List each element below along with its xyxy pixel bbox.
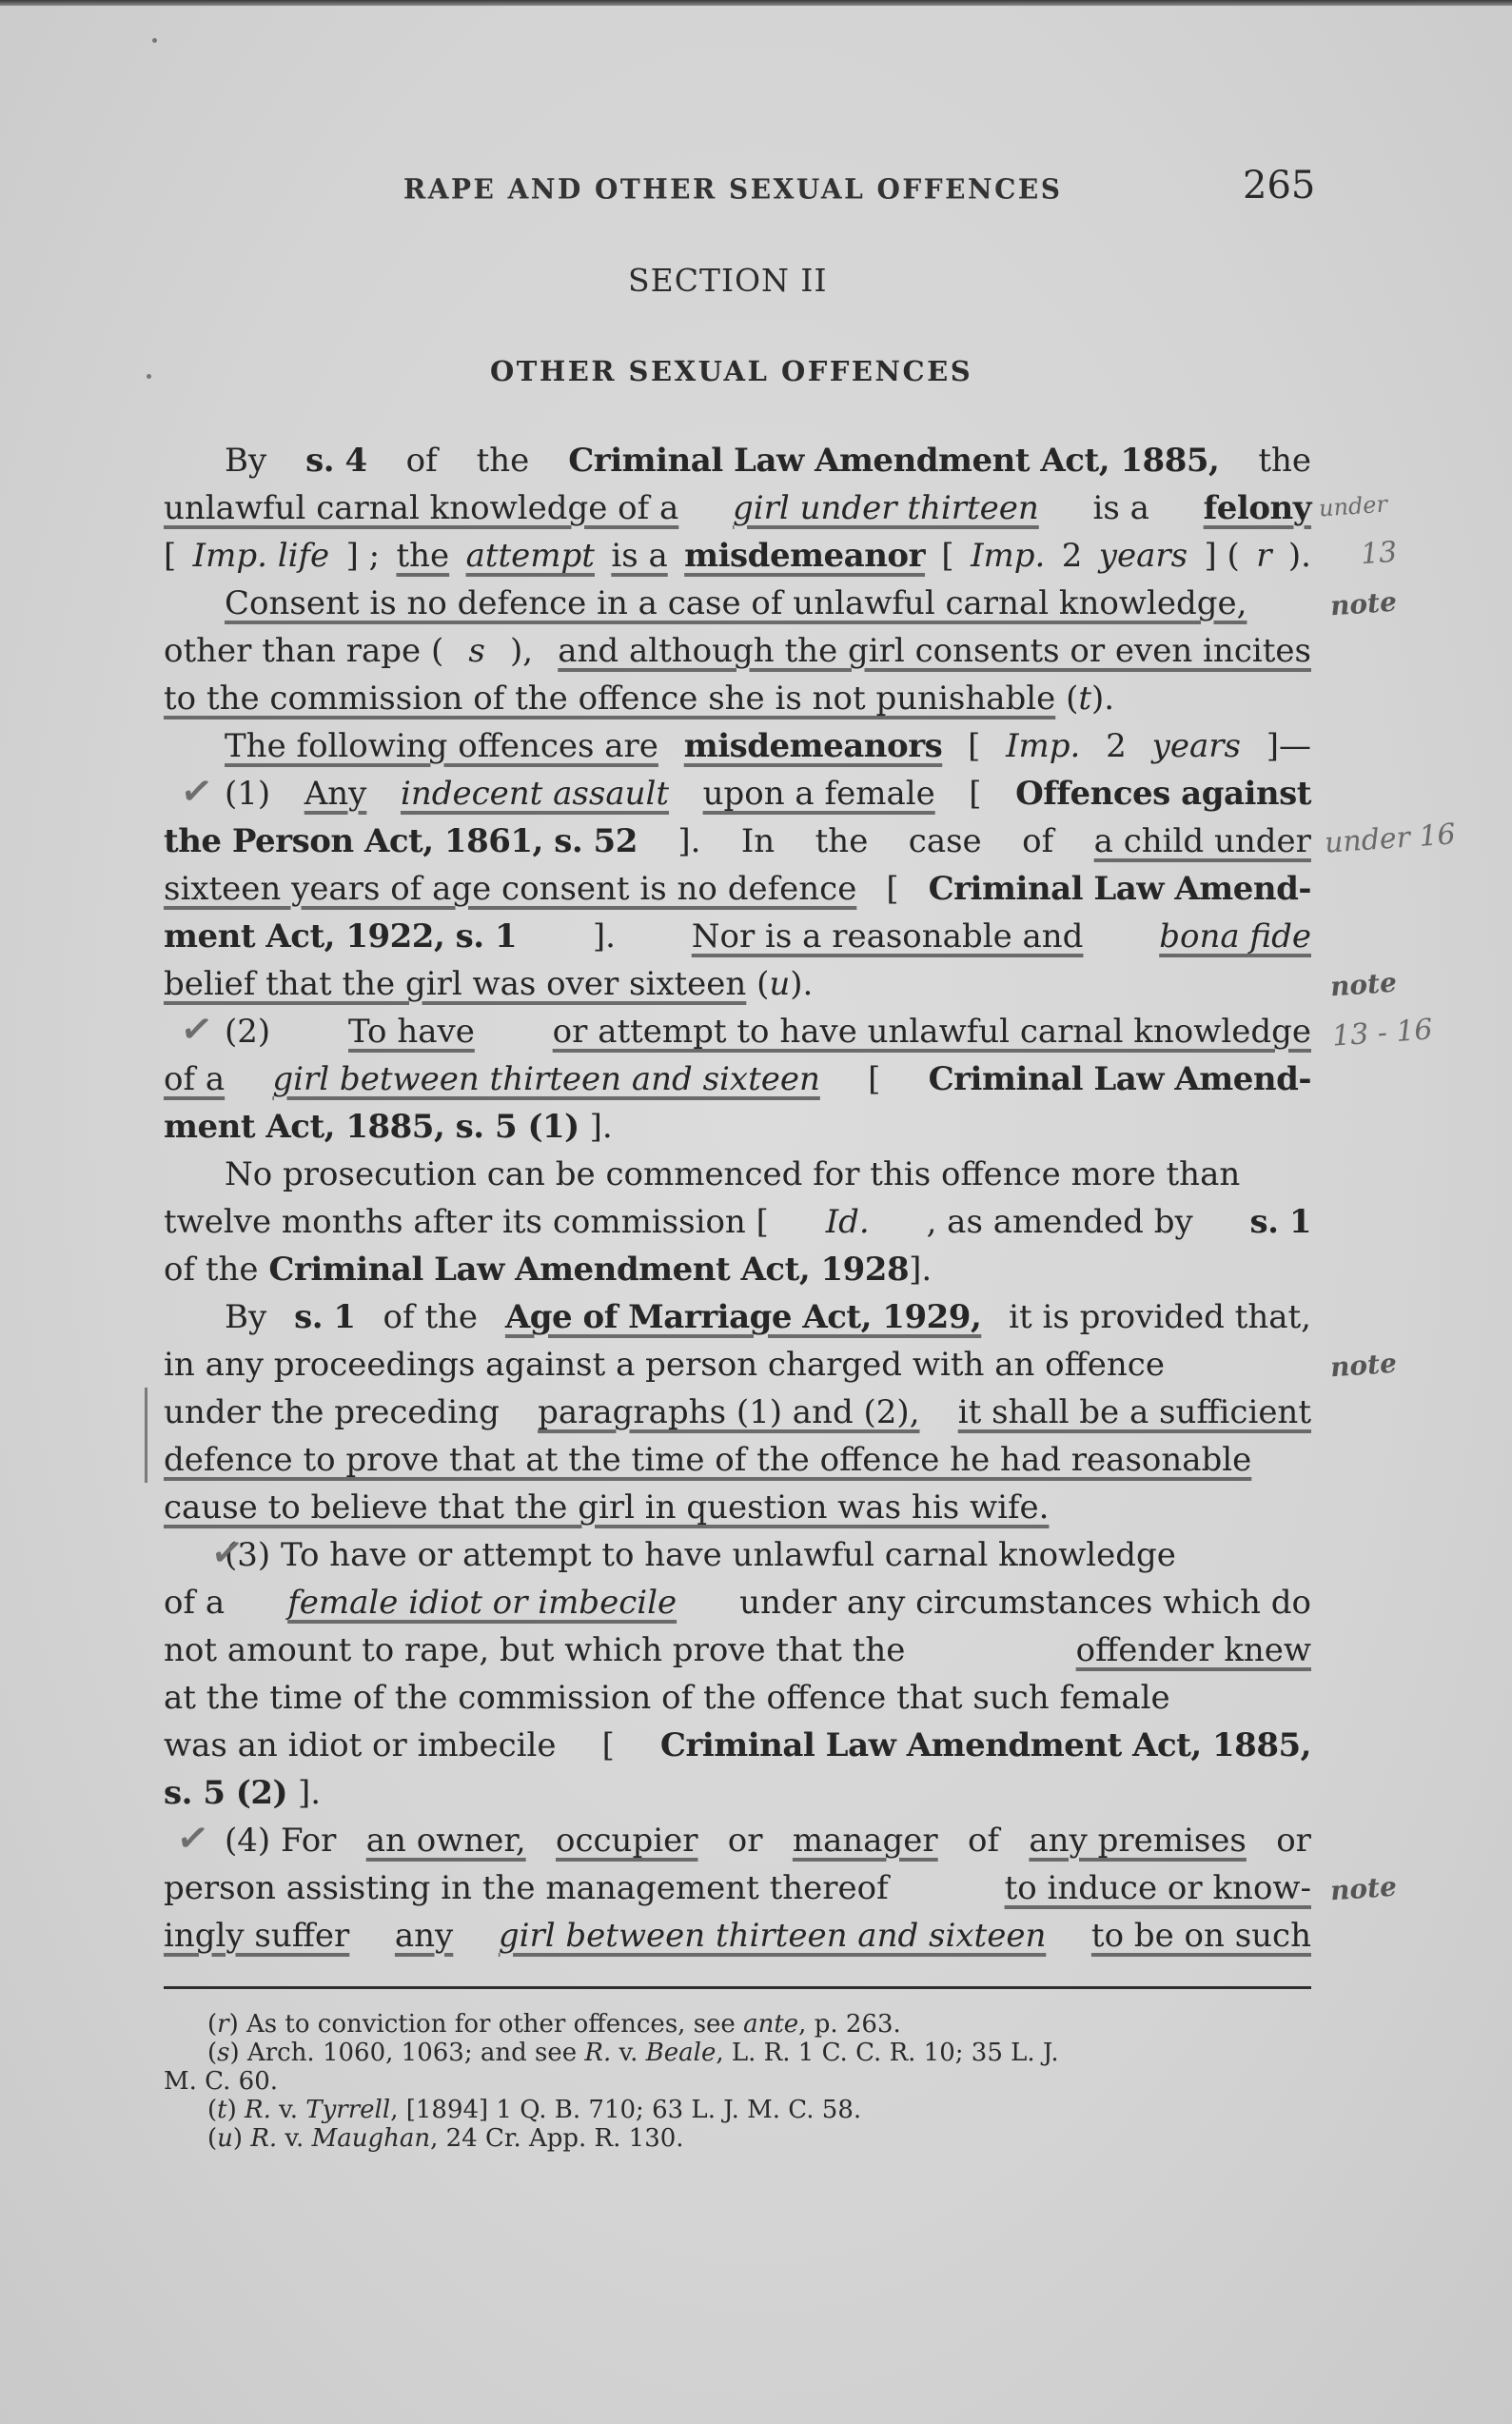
text-segment: By: [225, 1298, 266, 1336]
pencil-margin-bar: [145, 1388, 147, 1483]
footnote-text: Maughan: [312, 2124, 431, 2153]
body-line: s. 5 (2) ].: [164, 1774, 1311, 1814]
text-segment: In: [741, 822, 775, 860]
footnote: (u) R. v. Maughan, 24 Cr. App. R. 130.: [207, 2124, 684, 2153]
text-segment: Nor is a reasonable and: [692, 917, 1084, 956]
text-segment: paragraphs (1) and (2),: [538, 1393, 919, 1431]
text-segment: to the commission of the offence she is …: [164, 680, 1055, 718]
text-segment: The following offences are: [225, 727, 658, 765]
text-segment: misdemeanors: [684, 727, 943, 765]
footnote-text: v.: [611, 2039, 645, 2067]
text-segment: ] (: [1204, 537, 1239, 575]
body-line: (2)To haveor attempt to have unlawful ca…: [225, 1013, 1311, 1053]
footnote-text: v.: [271, 2096, 305, 2124]
ink-speck: [152, 38, 157, 43]
text-segment: misdemeanor: [684, 537, 925, 575]
section-title: SECTION II: [628, 262, 827, 299]
text-segment: ].: [593, 917, 616, 956]
text-segment: or: [728, 1822, 763, 1860]
text-segment: or: [1276, 1822, 1311, 1860]
running-title: RAPE AND OTHER SEXUAL OFFENCES: [403, 172, 1062, 206]
text-segment: it shall be a sufficient: [958, 1393, 1311, 1431]
text-segment: and although the girl consents or even i…: [558, 632, 1311, 670]
text-segment: (: [1055, 680, 1078, 718]
footnote-text: v.: [277, 2124, 311, 2153]
text-segment: s. 1: [294, 1298, 355, 1336]
text-segment: manager: [793, 1822, 938, 1860]
text-segment: Id.: [826, 1203, 870, 1241]
pencil-note-icon: note: [1329, 1348, 1398, 1384]
footnote: (t) R. v. Tyrrell, [1894] 1 Q. B. 710; 6…: [207, 2096, 861, 2124]
text-segment: was an idiot or imbecile: [164, 1726, 557, 1764]
text-segment: other than rape (: [164, 632, 443, 670]
page-number: 265: [1243, 164, 1315, 207]
text-segment: s. 5 (2): [164, 1774, 287, 1812]
text-segment: cause to believe that the girl in questi…: [164, 1488, 1049, 1527]
text-segment: ).: [1288, 537, 1311, 575]
text-segment: of a: [164, 1584, 225, 1622]
text-segment: ingly suffer: [164, 1917, 349, 1955]
footnote-text: , [1894] 1 Q. B. 710; 63 L. J. M. C. 58.: [390, 2096, 861, 2124]
text-segment: Criminal Law Amendment Act, 1928: [268, 1251, 909, 1289]
footnote-text: , L. R. 1 C. C. R. 10; 35 L. J.: [716, 2039, 1058, 2067]
body-line: The following offences aremisdemeanors[I…: [225, 727, 1311, 767]
text-segment: Offences against: [1015, 775, 1311, 813]
text-segment: indecent assault: [401, 775, 669, 813]
pencil-check-mark-icon: ✓: [178, 1005, 216, 1054]
text-segment: 2: [1106, 727, 1127, 765]
text-segment: the: [1258, 442, 1311, 480]
text-segment: u: [769, 965, 790, 1003]
text-segment: unlawful carnal knowledge of a: [164, 489, 678, 527]
text-segment: Age of Marriage Act, 1929,: [505, 1298, 981, 1336]
text-segment: [: [969, 775, 981, 813]
scanned-book-page: RAPE AND OTHER SEXUAL OFFENCES 265 SECTI…: [0, 0, 1512, 2424]
text-segment: Imp.: [971, 537, 1045, 575]
text-segment: an owner,: [366, 1822, 526, 1860]
text-segment: girl between thirteen and sixteen: [499, 1917, 1047, 1955]
text-segment: to induce or know-: [1005, 1869, 1311, 1907]
text-segment: (2): [225, 1013, 270, 1051]
footnote-text: , p. 263.: [798, 2010, 901, 2039]
text-segment: under the preceding: [164, 1393, 500, 1431]
body-line: (3) To have or attempt to have unlawful …: [225, 1536, 1311, 1576]
text-segment: offender knew: [1076, 1631, 1311, 1669]
section-subtitle: OTHER SEXUAL OFFENCES: [490, 355, 972, 387]
footnote: (s) Arch. 1060, 1063; and see R. v. Beal…: [207, 2039, 1059, 2067]
text-segment: Criminal Law Amend-: [929, 870, 1311, 908]
body-line: belief that the girl was over sixteen (u…: [164, 965, 1311, 1005]
footnote-rule: [164, 1986, 1311, 1989]
body-line: Bys. 1of theAge of Marriage Act, 1929,it…: [225, 1298, 1311, 1338]
text-segment: under any circumstances which do: [739, 1584, 1311, 1622]
text-segment: the: [396, 537, 449, 575]
body-line: sixteen years of age consent is no defen…: [164, 870, 1311, 910]
text-segment: sixteen years of age consent is no defen…: [164, 870, 856, 908]
text-segment: not amount to rape, but which prove that…: [164, 1631, 905, 1669]
text-segment: case: [909, 822, 982, 860]
footnote: (r) As to conviction for other offences,…: [207, 2010, 901, 2039]
text-segment: of a: [164, 1060, 225, 1098]
body-line: ment Act, 1885, s. 5 (1) ].: [164, 1108, 1311, 1148]
text-segment: To have: [348, 1013, 475, 1051]
body-line: at the time of the commission of the off…: [164, 1679, 1311, 1719]
text-segment: Imp. life: [193, 537, 330, 575]
body-line: other than rape (s),and although the gir…: [164, 632, 1311, 672]
body-line: the Person Act, 1861, s. 52].Inthecaseof…: [164, 822, 1311, 862]
text-segment: [: [886, 870, 898, 908]
text-segment: Imp.: [1006, 727, 1080, 765]
text-segment: (1): [225, 775, 270, 813]
text-segment: [: [941, 537, 953, 575]
footnote: M. C. 60.: [164, 2067, 278, 2096]
text-segment: , as amended by: [927, 1203, 1193, 1241]
text-segment: is a: [611, 537, 667, 575]
text-segment: occupier: [556, 1822, 697, 1860]
text-segment: girl under thirteen: [733, 489, 1039, 527]
text-segment: it is provided that,: [1009, 1298, 1311, 1336]
text-segment: [: [968, 727, 980, 765]
body-line: Bys. 4oftheCriminal Law Amendment Act, 1…: [225, 442, 1311, 482]
text-segment: s. 1: [1250, 1203, 1311, 1241]
text-segment: (: [746, 965, 769, 1003]
text-segment: attempt: [466, 537, 595, 575]
text-segment: 2: [1062, 537, 1083, 575]
text-segment: ].: [677, 822, 700, 860]
body-line: twelve months after its commission [Id.,…: [164, 1203, 1311, 1243]
body-line: ment Act, 1922, s. 1].Nor is a reasonabl…: [164, 917, 1311, 957]
text-segment: in any proceedings against a person char…: [164, 1346, 1165, 1384]
text-segment: [: [868, 1060, 880, 1098]
body-line: of agirl between thirteen and sixteen[Cr…: [164, 1060, 1311, 1100]
text-segment: of the: [383, 1298, 478, 1336]
body-line: (4) Foran owner,occupierormanagerofany p…: [225, 1822, 1311, 1862]
pencil-note-number: 13: [1360, 536, 1399, 572]
page-top-edge: [0, 0, 1512, 6]
text-segment: female idiot or imbecile: [287, 1584, 677, 1622]
text-segment: defence to prove that at the time of the…: [164, 1441, 1251, 1479]
text-segment: ment Act, 1922, s. 1: [164, 917, 517, 956]
footnote-text: R.: [250, 2124, 277, 2153]
text-segment: r: [1256, 537, 1271, 575]
text-segment: years: [1152, 727, 1241, 765]
text-segment: Criminal Law Amendment Act, 1885,: [568, 442, 1219, 480]
text-segment: t: [1078, 680, 1091, 718]
pencil-note-icon: note: [1329, 1871, 1398, 1907]
text-segment: ).: [1091, 680, 1114, 718]
text-segment: the Person Act, 1861, s. 52: [164, 822, 638, 860]
body-line: defence to prove that at the time of the…: [164, 1441, 1311, 1481]
text-segment: of: [406, 442, 438, 480]
text-segment: of: [1022, 822, 1053, 860]
body-line: ingly sufferanygirl between thirteen and…: [164, 1917, 1311, 1957]
text-segment: any premises: [1029, 1822, 1246, 1860]
text-segment: Consent is no defence in a case of unlaw…: [225, 584, 1247, 622]
pencil-note: under 16: [1324, 818, 1457, 860]
text-segment: to be on such: [1091, 1917, 1311, 1955]
text-segment: of the: [164, 1251, 268, 1289]
footnote-text: ante: [743, 2010, 798, 2039]
footnote-text: M. C. 60.: [164, 2067, 278, 2096]
text-segment: (3) To have or attempt to have unlawful …: [225, 1536, 1176, 1574]
text-segment: ] ;: [346, 537, 381, 575]
footnote-text: , 24 Cr. App. R. 130.: [430, 2124, 683, 2153]
text-segment: twelve months after its commission [: [164, 1203, 769, 1241]
text-segment: Criminal Law Amendment Act, 1885,: [660, 1726, 1311, 1764]
text-segment: years: [1099, 537, 1188, 575]
footnote-text: R.: [584, 2039, 611, 2067]
pencil-note-icon: note: [1329, 967, 1398, 1003]
text-segment: at the time of the commission of the off…: [164, 1679, 1170, 1717]
text-segment: ).: [790, 965, 813, 1003]
footnote-marker: (u): [207, 2124, 250, 2153]
text-segment: [: [602, 1726, 615, 1764]
text-segment: s: [468, 632, 484, 670]
body-line: No prosecution can be commenced for this…: [225, 1155, 1311, 1195]
text-segment: ].: [579, 1108, 613, 1146]
text-segment: girl between thirteen and sixteen: [272, 1060, 820, 1098]
text-segment: the: [815, 822, 869, 860]
body-line: of afemale idiot or imbecileunder any ci…: [164, 1584, 1311, 1624]
text-segment: a child under: [1094, 822, 1311, 860]
text-segment: any: [395, 1917, 453, 1955]
body-line: to the commission of the offence she is …: [164, 680, 1311, 719]
footnote-text: Beale: [646, 2039, 717, 2067]
footnote-text: As to conviction for other offences, see: [246, 2010, 743, 2039]
text-segment: bona fide: [1159, 917, 1311, 956]
pencil-note-icon: note: [1329, 586, 1398, 622]
text-segment: ].: [287, 1774, 321, 1812]
body-line: [Imp. life] ;theattemptis amisdemeanor[I…: [164, 537, 1311, 577]
body-line: cause to believe that the girl in questi…: [164, 1488, 1311, 1528]
text-segment: is a: [1093, 489, 1149, 527]
body-line: not amount to rape, but which prove that…: [164, 1631, 1311, 1671]
pencil-check-mark-icon: ✓: [178, 767, 216, 816]
footnote-marker: (t): [207, 2096, 245, 2124]
text-segment: Criminal Law Amend-: [929, 1060, 1311, 1098]
pencil-note: 13 - 16: [1331, 1013, 1434, 1053]
ink-speck: [147, 374, 151, 379]
body-line: under the precedingparagraphs (1) and (2…: [164, 1393, 1311, 1433]
text-segment: (4) For: [225, 1822, 336, 1860]
body-line: Consent is no defence in a case of unlaw…: [225, 584, 1311, 624]
text-segment: No prosecution can be commenced for this…: [225, 1155, 1240, 1193]
text-segment: By: [225, 442, 266, 480]
text-segment: ),: [510, 632, 533, 670]
body-line: was an idiot or imbecile[Criminal Law Am…: [164, 1726, 1311, 1766]
text-segment: s. 4: [305, 442, 366, 480]
text-segment: person assisting in the management there…: [164, 1869, 889, 1907]
text-segment: felony: [1204, 489, 1311, 527]
footnote-text: Tyrrell: [305, 2096, 390, 2124]
text-segment: belief that the girl was over sixteen: [164, 965, 746, 1003]
pencil-check-mark-icon: ✓: [208, 1528, 246, 1577]
footnote-text: R.: [245, 2096, 271, 2124]
pencil-note-under-13: under: [1318, 491, 1388, 522]
footnote-marker: (s): [207, 2039, 247, 2067]
text-segment: ment Act, 1885, s. 5 (1): [164, 1108, 579, 1146]
text-segment: ]—: [1267, 727, 1311, 765]
body-line: of the Criminal Law Amendment Act, 1928]…: [164, 1251, 1311, 1291]
body-line: person assisting in the management there…: [164, 1869, 1311, 1909]
text-segment: or attempt to have unlawful carnal knowl…: [553, 1013, 1311, 1051]
text-segment: Any: [304, 775, 367, 813]
footnote-text: Arch. 1060, 1063; and see: [247, 2039, 584, 2067]
text-segment: the: [477, 442, 530, 480]
text-segment: [: [164, 537, 176, 575]
footnote-marker: (r): [207, 2010, 246, 2039]
pencil-check-mark-icon: ✓: [174, 1814, 212, 1862]
body-line: (1)Anyindecent assaultupon a female[Offe…: [225, 775, 1311, 815]
text-segment: of: [968, 1822, 999, 1860]
body-line: unlawful carnal knowledge of agirl under…: [164, 489, 1311, 529]
text-segment: ].: [909, 1251, 932, 1289]
body-line: in any proceedings against a person char…: [164, 1346, 1311, 1386]
text-segment: upon a female: [703, 775, 935, 813]
